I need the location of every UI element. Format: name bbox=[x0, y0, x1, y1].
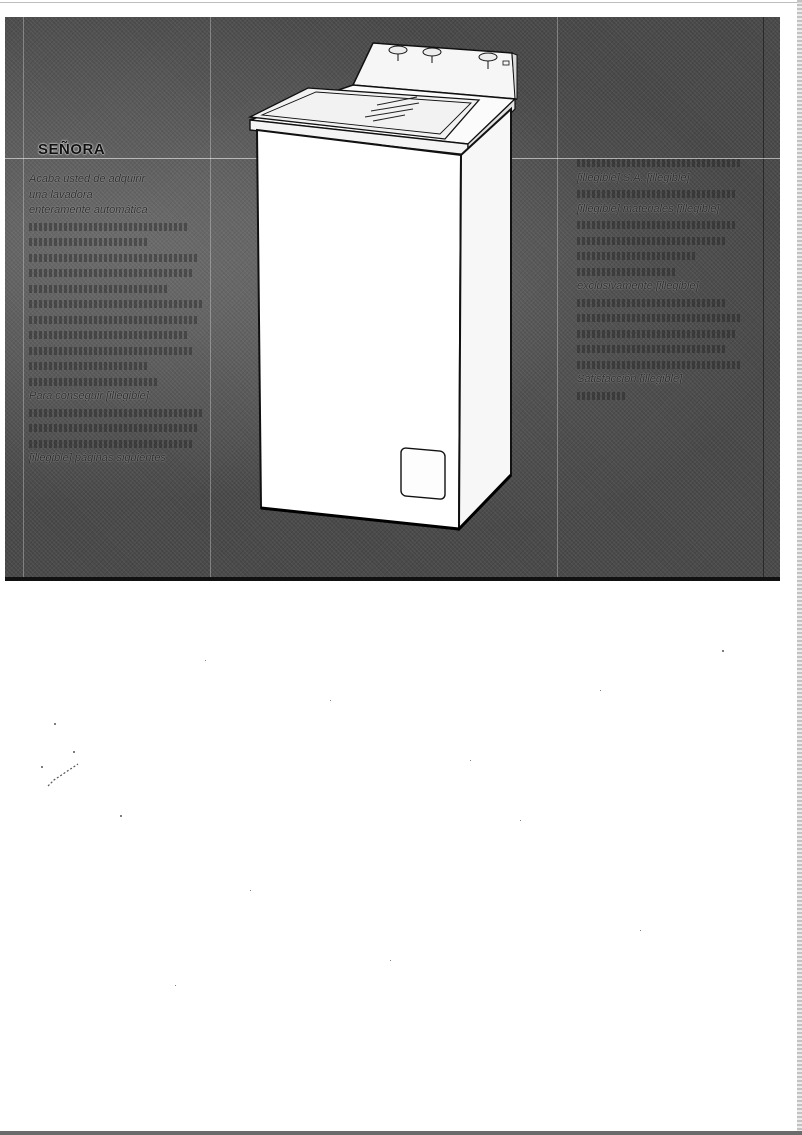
text-line-illegible bbox=[29, 250, 219, 266]
text-line-illegible bbox=[577, 341, 762, 357]
text-line-illegible bbox=[577, 233, 762, 249]
cover-image-panel: SEÑORA Acaba usted de adquirir una lavad… bbox=[5, 17, 780, 579]
pen-mark bbox=[44, 760, 84, 790]
text-line: Para conseguir [illegible] bbox=[29, 389, 219, 405]
control-knob-icon bbox=[479, 53, 497, 61]
intro-text-column-left: Acaba usted de adquirir una lavadora ent… bbox=[29, 172, 219, 467]
text-line: exclusivamente [illegible] bbox=[577, 279, 762, 295]
text-line-illegible bbox=[29, 281, 219, 297]
text-line-illegible bbox=[577, 217, 762, 233]
text-line-illegible bbox=[29, 374, 219, 390]
page-heading: SEÑORA bbox=[38, 141, 105, 158]
text-line: Satisfacción [illegible] bbox=[577, 372, 762, 388]
text-line-illegible bbox=[29, 312, 219, 328]
text-line-illegible bbox=[577, 388, 762, 404]
text-line: enteramente automática bbox=[29, 203, 219, 219]
panel-bottom-edge bbox=[5, 577, 780, 581]
text-line-illegible bbox=[577, 357, 762, 373]
text-line-illegible bbox=[29, 296, 219, 312]
text-line: una lavadora bbox=[29, 188, 219, 204]
text-line-illegible bbox=[29, 234, 219, 250]
text-line-illegible bbox=[29, 265, 219, 281]
text-line-illegible bbox=[29, 327, 219, 343]
text-line: [illegible] páginas siguientes bbox=[29, 451, 219, 467]
text-line-illegible bbox=[29, 420, 219, 436]
text-line: Acaba usted de adquirir bbox=[29, 172, 219, 188]
bottom-scan-border bbox=[0, 1131, 802, 1135]
text-line-illegible bbox=[577, 310, 762, 326]
text-line-illegible bbox=[29, 358, 219, 374]
right-scan-edge bbox=[797, 0, 802, 1135]
text-line-illegible bbox=[577, 155, 762, 171]
text-line-illegible bbox=[29, 343, 219, 359]
text-line-illegible bbox=[577, 264, 762, 280]
text-line-illegible bbox=[577, 248, 762, 264]
control-knob-icon bbox=[423, 48, 441, 56]
text-line-illegible bbox=[29, 436, 219, 452]
service-panel-icon bbox=[401, 448, 445, 500]
text-line: [illegible] S.A. [illegible] bbox=[577, 171, 762, 187]
text-line-illegible bbox=[29, 405, 219, 421]
text-line-illegible bbox=[577, 295, 762, 311]
text-line-illegible bbox=[577, 326, 762, 342]
text-line: [illegible] materiales [illegible] bbox=[577, 202, 762, 218]
text-line-illegible bbox=[577, 186, 762, 202]
washing-machine-icon bbox=[250, 43, 517, 529]
control-knob-icon bbox=[389, 46, 407, 54]
top-scan-border bbox=[0, 2, 802, 3]
text-line-illegible bbox=[29, 219, 219, 235]
intro-text-column-right: [illegible] S.A. [illegible] [illegible]… bbox=[577, 155, 762, 403]
